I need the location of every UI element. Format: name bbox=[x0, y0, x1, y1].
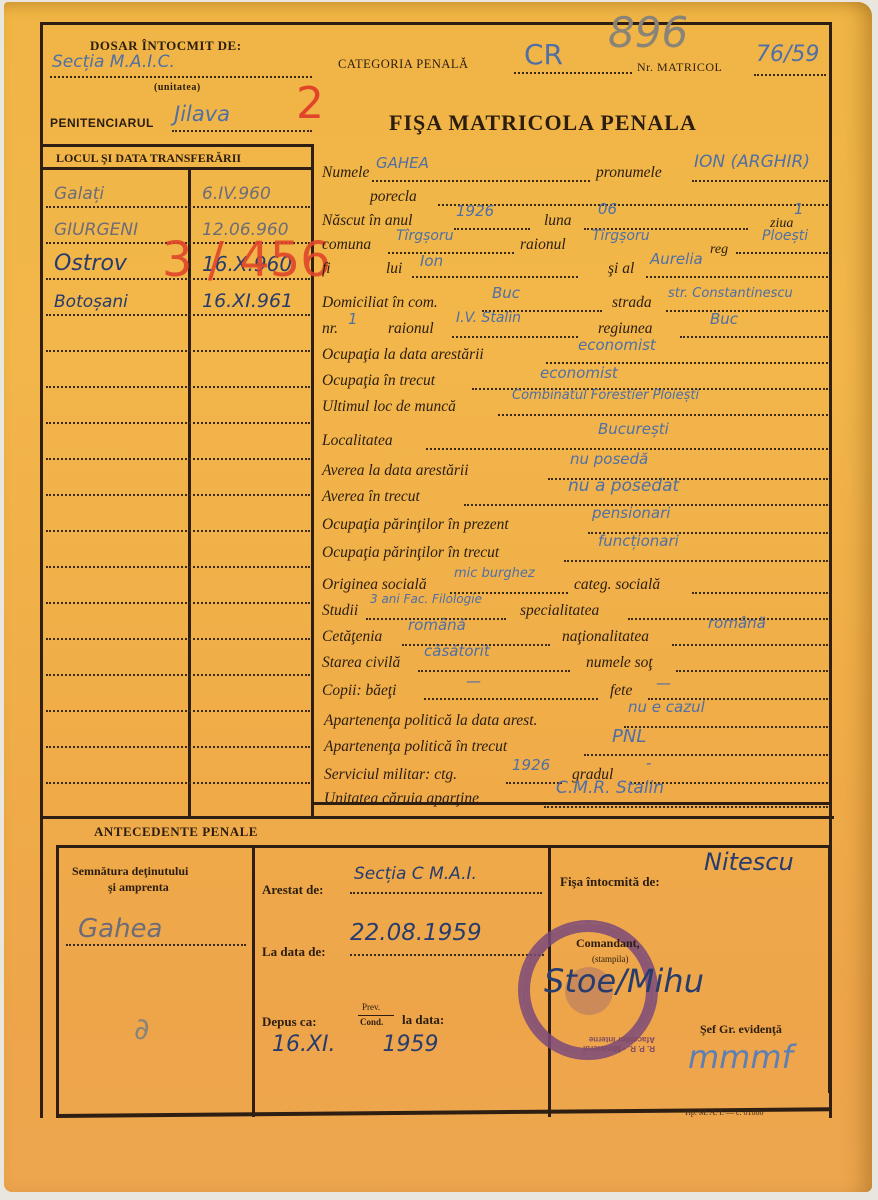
raionul-label: raionul bbox=[520, 236, 566, 254]
nr-label: nr. bbox=[322, 320, 338, 338]
nascut-an-value: 1926 bbox=[456, 202, 494, 220]
matricol-line bbox=[754, 74, 826, 76]
nr-value: 1 bbox=[348, 310, 358, 328]
localitatea-value: București bbox=[598, 420, 669, 438]
transfer-date: 6.IV.960 bbox=[202, 184, 271, 204]
domiciliat-value: Buc bbox=[492, 284, 520, 302]
si-al-value: Aurelia bbox=[650, 250, 703, 268]
parinti-prezent-value: pensionari bbox=[592, 504, 670, 522]
studii-value: 3 ani Fac. Filologie bbox=[370, 592, 482, 606]
la-data2-label: la data: bbox=[402, 1012, 444, 1028]
lui-label: lui bbox=[386, 260, 402, 278]
depus-value: 16.XI. 1959 bbox=[272, 1032, 439, 1057]
table-row bbox=[46, 316, 310, 352]
ocup-trecut-value: economist bbox=[540, 364, 618, 382]
averea-trecut-value: nu a posedat bbox=[568, 476, 679, 496]
nationalitate-label: naţionalitatea bbox=[562, 628, 649, 646]
table-row bbox=[46, 748, 310, 784]
cond-label: Cond. bbox=[360, 1017, 383, 1027]
table-row: Galați 6.IV.960 bbox=[46, 172, 310, 208]
si-al-label: şi al bbox=[608, 260, 634, 278]
categoria-value: CR bbox=[524, 38, 563, 71]
fisa-signature: Nitescu bbox=[704, 848, 794, 876]
document-sheet: DOSAR ÎNTOCMIT DE: Secția M.A.I.C. (unit… bbox=[4, 2, 872, 1192]
arestat-label: Arestat de: bbox=[262, 882, 324, 898]
la-data-value: 22.08.1959 bbox=[350, 920, 482, 946]
stare-civila-value: căsătorit bbox=[424, 642, 490, 660]
raionul2-value: I.V. Stalin bbox=[456, 310, 521, 326]
cetatenia-label: Cetăţenia bbox=[322, 628, 382, 646]
unit-caption: (unitatea) bbox=[154, 82, 201, 93]
origine-value: mic burghez bbox=[454, 566, 535, 581]
arestat-value: Secția C M.A.I. bbox=[354, 864, 477, 884]
ziua-value: 1 bbox=[794, 200, 804, 218]
table-row bbox=[46, 352, 310, 388]
apart-trecut-value: PNL bbox=[612, 726, 646, 747]
averea-arest-label: Averea la data arestării bbox=[322, 462, 469, 480]
pronumele-label: pronumele bbox=[596, 164, 662, 182]
transfer-place: Ostrov bbox=[54, 251, 127, 276]
studii-label: Studii bbox=[322, 602, 358, 620]
categoria-label: CATEGORIA PENALĂ bbox=[338, 57, 469, 72]
unitatea-value: C.M.R. Stalin bbox=[556, 778, 664, 798]
parinti-trecut-label: Ocupaţia părinţilor în trecut bbox=[322, 544, 499, 562]
reg-value: Ploești bbox=[762, 228, 808, 244]
bottom-right-border bbox=[828, 845, 831, 1093]
transfer-place: Botoșani bbox=[54, 292, 128, 312]
fisa-label: Fişa întocmită de: bbox=[560, 874, 660, 890]
localitatea-label: Localitatea bbox=[322, 432, 393, 450]
table-row bbox=[46, 424, 310, 460]
sef-signature: mmmf bbox=[688, 1038, 793, 1076]
pencil-number: 896 bbox=[608, 8, 688, 57]
transfer-date: 16.XI.961 bbox=[202, 290, 293, 312]
apart-trecut-label: Apartenenţa politică în trecut bbox=[324, 738, 507, 756]
gradul-value: - bbox=[646, 754, 651, 772]
luna-label: luna bbox=[544, 212, 572, 230]
regiunea-value: Buc bbox=[710, 310, 738, 328]
table-row bbox=[46, 604, 310, 640]
table-row bbox=[46, 496, 310, 532]
nume-sot-label: numele soţ bbox=[586, 654, 653, 672]
numele-value: GAHEA bbox=[376, 154, 429, 172]
table-row bbox=[46, 568, 310, 604]
ultimul-loc-value: Combinatul Forestier Ploiești bbox=[512, 388, 699, 403]
sef-label: Şef Gr. evidenţă bbox=[700, 1022, 782, 1037]
averea-trecut-label: Averea în trecut bbox=[322, 488, 420, 506]
comandant-label: Comandant, bbox=[576, 936, 640, 951]
dosar-line bbox=[50, 76, 312, 78]
penitenciar-value: Jilava bbox=[174, 102, 230, 126]
table-row bbox=[46, 676, 310, 712]
stamp-text: R. P. R. • Ministerul Afacerilor Interne bbox=[549, 1035, 655, 1053]
commander-signature: Stoe/Mihu bbox=[544, 962, 704, 1000]
transfer-place: Galați bbox=[54, 184, 104, 204]
averea-arest-value: nu posedă bbox=[570, 450, 648, 468]
specialitate-label: specialitatea bbox=[520, 602, 599, 620]
raionul2-label: raionul bbox=[388, 320, 434, 338]
nationalitate-value: română bbox=[708, 614, 766, 632]
fiu-label: fi bbox=[322, 260, 331, 278]
parinti-trecut-value: funcționari bbox=[598, 532, 679, 550]
parinti-prezent-label: Ocupaţia părinţilor în prezent bbox=[322, 516, 509, 534]
table-row bbox=[46, 640, 310, 676]
ocup-trecut-label: Ocupaţia în trecut bbox=[322, 372, 435, 390]
apart-arest-label: Apartenenţa politică la data arest. bbox=[324, 712, 537, 730]
raionul-value: Tîrgșoru bbox=[592, 228, 650, 244]
page-title: FIŞA MATRICOLA PENALA bbox=[389, 110, 697, 136]
strada-value: str. Constantinescu bbox=[668, 286, 793, 301]
fraction-bar bbox=[358, 1015, 394, 1016]
matricol-label: Nr. MATRICOL bbox=[637, 60, 722, 75]
antecedente-label: ANTECEDENTE PENALE bbox=[94, 824, 258, 840]
comuna-value: Tîrgșoru bbox=[396, 228, 454, 244]
prisoner-signature: Gahea bbox=[78, 914, 163, 944]
serviciu-label: Serviciul militar: ctg. bbox=[324, 766, 457, 784]
dosar-value: Secția M.A.I.C. bbox=[52, 52, 175, 72]
categoria-line bbox=[514, 72, 632, 74]
penitenciar-red-mark: 2 bbox=[296, 78, 324, 129]
domiciliat-label: Domiciliat în com. bbox=[322, 294, 438, 312]
semnatura-label-2: şi amprenta bbox=[108, 880, 169, 895]
lui-value: Ion bbox=[420, 252, 443, 270]
categ-label: categ. socială bbox=[574, 576, 660, 594]
depus-label: Depus ca: bbox=[262, 1014, 317, 1030]
pronumele-value: ION (ARGHIR) bbox=[694, 152, 810, 172]
ocup-arest-label: Ocupaţia la data arestării bbox=[322, 346, 484, 364]
transfers-header-label: LOCUL ŞI DATA TRANSFERĂRII bbox=[56, 151, 241, 166]
copii-label: Copii: băeţi bbox=[322, 682, 396, 700]
luna-value: 06 bbox=[598, 200, 617, 218]
table-row bbox=[46, 532, 310, 568]
numele-label: Numele bbox=[322, 164, 369, 182]
print-footer: Tip. M. A. I. — c. 01080 bbox=[684, 1108, 764, 1117]
table-row bbox=[46, 712, 310, 748]
table-row bbox=[46, 460, 310, 496]
fete-value: — bbox=[656, 674, 671, 692]
fingerprint-mark: ∂ bbox=[134, 1012, 150, 1047]
transfers-red-annotation: 3 / 456 bbox=[162, 238, 331, 282]
apart-arest-value: nu e cazul bbox=[628, 698, 705, 716]
ocup-arest-value: economist bbox=[578, 336, 656, 354]
prev-label: Prev. bbox=[362, 1002, 380, 1012]
comuna-label: comuna bbox=[322, 236, 371, 254]
table-row bbox=[46, 388, 310, 424]
serviciu-ctg-value: 1926 bbox=[512, 756, 550, 774]
signature-box-border bbox=[56, 845, 59, 1117]
unitatea-label: Unitatea căruia aparţine bbox=[324, 790, 479, 808]
antecedente-top-rule bbox=[42, 816, 834, 819]
transfers-header: LOCUL ŞI DATA TRANSFERĂRII bbox=[42, 144, 314, 170]
arrest-box-border bbox=[252, 845, 255, 1117]
cetatenia-value: română bbox=[408, 616, 466, 634]
penitenciar-line bbox=[172, 130, 312, 132]
la-data-label: La data de: bbox=[262, 944, 326, 960]
reg-label: reg bbox=[710, 242, 728, 258]
transfer-place: GIURGENI bbox=[54, 220, 138, 240]
porecla-label: porecla bbox=[370, 188, 417, 206]
semnatura-label-1: Semnătura deţinutului bbox=[72, 864, 188, 879]
matricol-value: 76/59 bbox=[756, 42, 819, 67]
stare-civila-label: Starea civilă bbox=[322, 654, 400, 672]
penitenciar-label: PENITENCIARUL bbox=[50, 116, 154, 130]
form-bottom-rule bbox=[314, 802, 830, 805]
ultimul-loc-label: Ultimul loc de muncă bbox=[322, 398, 456, 416]
copii-baieti-value: — bbox=[466, 672, 481, 690]
strada-label: strada bbox=[612, 294, 652, 312]
